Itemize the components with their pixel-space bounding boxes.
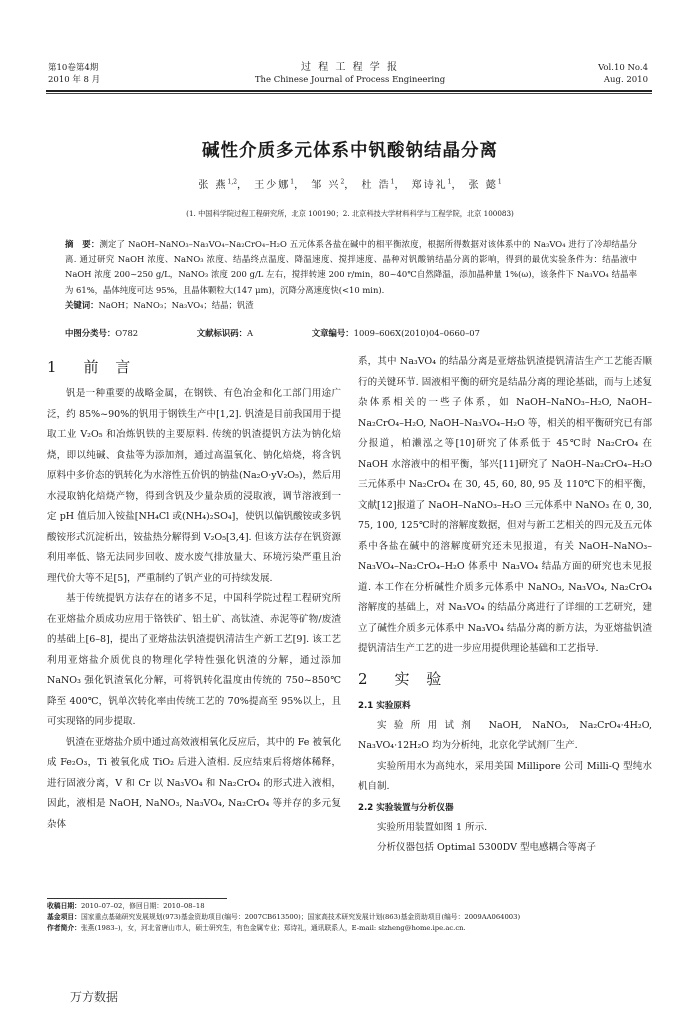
header-vol-no: Vol.10 No.4 xyxy=(598,62,648,74)
paragraph: 系，其中 Na₃VO₄ 的结晶分离是亚熔盐钒渣提钒清洁生产工艺能否顺行的关键环节… xyxy=(358,352,652,660)
abstract-text: 测定了 NaOH–NaNO₃–Na₃VO₄–Na₂CrO₄–H₂O 五元体系各盐… xyxy=(65,239,637,295)
author: 邹 兴2， xyxy=(311,180,356,191)
paragraph: 钒渣在亚熔盐介质中通过高效液相氧化反应后，其中的 Fe 被氧化成 Fe₂O₃，T… xyxy=(47,733,341,836)
keywords-label: 关键词： xyxy=(65,300,99,310)
left-column: 1 前 言 钒是一种重要的战略金属，在钢铁、有色冶金和化工部门用途广泛，约 85… xyxy=(47,352,341,835)
author: 张 燕1,2， xyxy=(198,180,249,191)
footnote-funding: 基金项目：国家重点基础研究发展规划(973)基金资助项目(编号：2007CB61… xyxy=(47,912,667,923)
header-rule-thin xyxy=(46,93,652,94)
header-journal-en: The Chinese Journal of Process Engineeri… xyxy=(200,74,500,86)
paragraph: 实验所用装置如图 1 所示. xyxy=(358,818,652,839)
abstract: 摘 要：测定了 NaOH–NaNO₃–Na₃VO₄–Na₂CrO₄–H₂O 五元… xyxy=(65,237,637,313)
footnotes: 收稿日期：2010–07–02，修回日期：2010–08–18 基金项目：国家重… xyxy=(47,901,667,934)
affiliations: (1. 中国科学院过程工程研究所，北京 100190；2. 北京科技大学材料科学… xyxy=(0,209,700,219)
clc-number: 中图分类号：O782 xyxy=(65,328,166,338)
paragraph: 基于传统提钒方法存在的诸多不足，中国科学院过程工程研究所在亚熔盐介质成功应用于铬… xyxy=(47,589,341,733)
classification-line: 中图分类号：O782 文献标识码：A 文章编号：1009–606X(2010)0… xyxy=(65,327,536,339)
paragraph: 钒是一种重要的战略金属，在钢铁、有色冶金和化工部门用途广泛，约 85%~90%的… xyxy=(47,384,341,589)
header-vol: Vol.10 No.4 Aug. 2010 xyxy=(598,62,648,86)
footnote-rule xyxy=(47,898,227,899)
paragraph: 实验所用试剂 NaOH, NaNO₃, Na₂CrO₄·4H₂O, Na₃VO₄… xyxy=(358,716,652,757)
header-issue: 第10卷第4期 2010 年 8 月 xyxy=(48,62,100,86)
paragraph: 分析仪器包括 Optimal 5300DV 型电感耦合等离子 xyxy=(358,838,652,859)
author: 张 懿1 xyxy=(469,180,502,191)
keywords-text: NaOH；NaNO₃；Na₃VO₄；结晶；钒渣 xyxy=(99,300,254,310)
document-code: 文献标识码：A xyxy=(197,328,281,338)
watermark-wanfang: 万方数据 xyxy=(70,988,118,1005)
header-volume-issue: 第10卷第4期 xyxy=(48,62,100,74)
subsection-2-1-heading: 2.1 实验原料 xyxy=(358,696,652,716)
footnote-received: 收稿日期：2010–07–02，修回日期：2010–08–18 xyxy=(47,901,667,912)
right-column: 系，其中 Na₃VO₄ 的结晶分离是亚熔盐钒渣提钒清洁生产工艺能否顺行的关键环节… xyxy=(358,352,652,859)
footnote-author-bio: 作者简介：张燕(1983–)，女，河北省唐山市人，硕士研究生，有色金属专业；郑诗… xyxy=(47,923,667,934)
header-journal: 过 程 工 程 学 报 The Chinese Journal of Proce… xyxy=(200,62,500,86)
section-2-heading: 2 实 验 xyxy=(358,664,652,694)
subsection-2-2-heading: 2.2 实验装置与分析仪器 xyxy=(358,798,652,818)
header-rule-thick xyxy=(46,90,652,92)
keywords: 关键词：NaOH；NaNO₃；Na₃VO₄；结晶；钒渣 xyxy=(65,298,637,313)
author-list: 张 燕1,2， 王少娜1， 邹 兴2， 杜 浩1， 郑诗礼1， 张 懿1 xyxy=(0,176,700,191)
header-month: Aug. 2010 xyxy=(598,74,648,86)
article-number: 文章编号：1009–606X(2010)04–0660–07 xyxy=(312,328,508,338)
abstract-label: 摘 要： xyxy=(65,239,99,249)
author: 王少娜1， xyxy=(254,180,306,191)
section-1-heading: 1 前 言 xyxy=(47,352,341,382)
paragraph: 实验所用水为高纯水，采用美国 Millipore 公司 Milli-Q 型纯水机… xyxy=(358,757,652,798)
abstract-body: 摘 要：测定了 NaOH–NaNO₃–Na₃VO₄–Na₂CrO₄–H₂O 五元… xyxy=(65,237,637,298)
author: 杜 浩1， xyxy=(361,180,406,191)
header-journal-cn: 过 程 工 程 学 报 xyxy=(200,62,500,74)
paper-title: 碱性介质多元体系中钒酸钠结晶分离 xyxy=(0,137,700,162)
author: 郑诗礼1， xyxy=(412,180,464,191)
header-date: 2010 年 8 月 xyxy=(48,74,100,86)
